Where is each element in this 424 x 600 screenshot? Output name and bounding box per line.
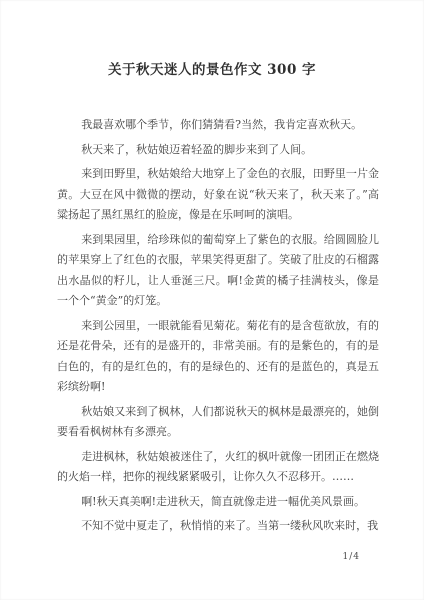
- essay-paragraph-4: 来到果园里，给珍珠似的葡萄穿上了紫色的衣服。给圆圆脸儿的苹果穿上了红色的衣服，苹…: [57, 230, 379, 312]
- essay-title: 关于秋天迷人的景色作文 300 字: [0, 62, 424, 78]
- essay-paragraph-5: 来到公园里，一眼就能看见菊花。菊花有的是含苞欲放，有的还是花骨朵，还有的是盛开的…: [57, 316, 379, 398]
- essay-paragraph-7: 走进枫林，秋姑娘被迷住了，火红的枫叶就像一团团正在燃烧的火焰一样，把你的视线紧紧…: [57, 447, 379, 488]
- essay-paragraph-2: 秋天来了，秋姑娘迈着轻盈的脚步来到了人间。: [57, 140, 379, 161]
- essay-paragraph-9: 不知不觉中夏走了，秋悄悄的来了。当第一缕秋风吹来时，我: [57, 516, 379, 537]
- essay-body: 我最喜欢哪个季节，你们猜猜看?当然，我肯定喜欢秋天。 秋天来了，秋姑娘迈着轻盈的…: [57, 115, 379, 537]
- page-number-indicator: 1/4: [343, 552, 360, 562]
- document-page: 关于秋天迷人的景色作文 300 字 我最喜欢哪个季节，你们猜猜看?当然，我肯定喜…: [0, 0, 424, 600]
- essay-paragraph-8: 啊!秋天真美啊!走进秋天，简直就像走进一幅优美风景画。: [57, 492, 379, 513]
- essay-paragraph-6: 秋姑娘又来到了枫林，人们都说秋天的枫林是最漂亮的，她倒要看看枫树林有多漂亮。: [57, 402, 379, 443]
- essay-paragraph-3: 来到田野里，秋姑娘给大地穿上了金色的衣服，田野里一片金黄。大豆在风中微微的摆动，…: [57, 164, 379, 226]
- essay-paragraph-1: 我最喜欢哪个季节，你们猜猜看?当然，我肯定喜欢秋天。: [57, 115, 379, 136]
